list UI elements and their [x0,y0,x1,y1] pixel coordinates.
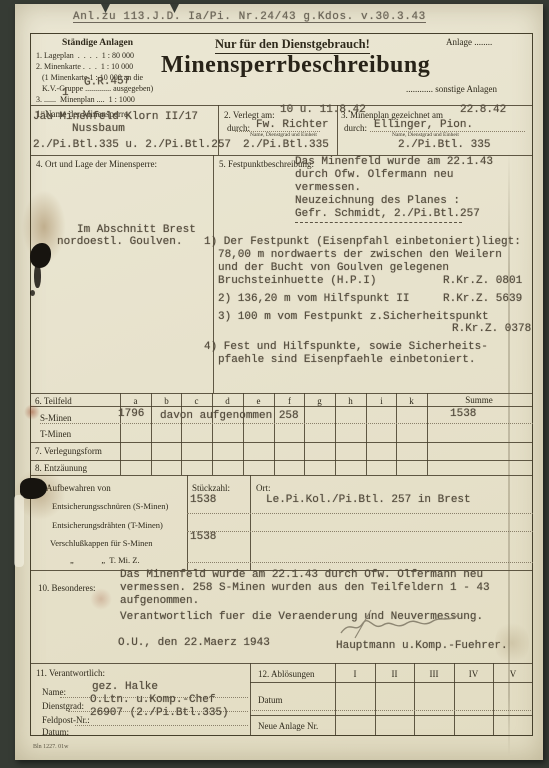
col-c: c [181,396,212,406]
sonstige-anlagen-label: ............ sonstige Anlagen [406,84,497,94]
festpunkt-item-3: 3) 100 m vom Festpunkt z.Sicherheitspunk… [218,311,489,323]
dienstgrad-label: Dienstgrad: [42,701,84,711]
dienstgrad-value: O.Ltn. u.Komp.-Chef [90,694,215,706]
col-summe: Summe [427,395,531,405]
abloesung-col-5: V [493,669,533,679]
anlagen-line-5: 3. ...... Minenplan .... 1 : 1000 [36,95,135,104]
field1-value-1: Jäu Minenfeld Klorn II/17 [33,111,198,123]
paper-edge-tear [14,495,24,567]
section10-paragraph: Das Minenfeld wurde am 22.1.43 durch Ofw… [120,569,490,608]
field2-unit: 2./Pi.Btl.335 [243,139,329,151]
field3-date: 22.8.42 [460,104,506,116]
abloesung-col-3: III [414,669,454,679]
section9-row1-label: Entsicherungsschnüren (S-Minen) [52,501,168,511]
festpunkt-item-2-ref: R.Kr.Z. 5639 [443,293,522,305]
rule-line [427,393,428,475]
stain [24,404,40,420]
ort-value: Le.Pi.Kol./Pi.Btl. 257 in Brest [266,494,471,506]
section4-value-2: nordoestl. Goulven. [57,236,182,248]
anlagen-line-1: 1. Lageplan . . . . 1 : 80 000 [36,51,134,60]
festpunkt-item-1-ref: R.Kr.Z. 0801 [443,275,522,287]
minenplan-count-typed: 1 [62,87,69,99]
signature [333,608,465,640]
abloesung-col-4: IV [454,669,493,679]
dotted-rule [252,710,531,711]
rule-line [250,715,533,716]
field2-name: Fw. Richter [256,119,329,131]
dotted-rule [40,423,533,424]
field3-durch-label: durch: [344,123,367,133]
rule-line [250,682,533,683]
stueckzahl-value-2: 1538 [190,531,216,543]
field3-unit: 2./Pi.Btl. 335 [398,139,490,151]
row-s-minen-label: S-Minen [40,413,72,423]
table-row-label-teilfeld: 6. Teilfeld [35,396,72,406]
col-a: a [120,396,151,406]
field2-sublabel: Name, Dienstgrad und Einheit [250,132,317,138]
col-h: h [335,396,366,406]
dotted-rule [187,513,533,514]
rule-line [250,475,251,570]
rule-line [30,460,533,461]
s-minen-col-a-value: 1796 [118,408,144,420]
name-label: Name: [42,687,66,697]
col-b: b [151,396,182,406]
col-g: g [304,396,335,406]
datum-label: Datum: [42,727,69,737]
name-value: gez. Halke [92,681,158,693]
rule-line [30,406,533,407]
place-date-line: O.U., den 22.Maerz 1943 [118,637,270,649]
stueckzahl-header: Stückzahl: [192,483,230,493]
rule-line [30,475,533,476]
stain [90,588,112,610]
festpunkt-item-3-ref: R.Kr.Z. 0378 [452,323,531,335]
anlage-label: Anlage ........ [446,37,492,47]
paper-crease [508,150,510,756]
rule-line [187,475,188,570]
kv-gruppe-typed: G.R.457 [84,75,131,89]
section5-note: Das Minenfeld wurde am 22.1.43 durch Ofw… [295,156,493,221]
abloesung-datum-label: Datum [258,695,283,705]
field1-unit: 2./Pi.Btl.335 u. 2./Pi.Btl.257 [33,139,231,151]
anlagen-line-2: 2. Minenkarte . . . 1 : 10 000 [36,62,133,71]
dotted-rule [187,562,533,563]
field2-durch-label: durch: [227,123,250,133]
row-verlegungsform-label: 7. Verlegungsform [35,446,102,456]
rule-line [30,393,533,394]
ink-blot-drip [34,264,41,288]
section9-row4-label: „ „ T. Mi. Z. [70,555,140,565]
ink-blot-dot [30,290,35,296]
row-t-minen-label: T-Minen [40,429,71,439]
section9-row3-label: Verschlußkappen für S-Minen [50,538,152,548]
field1-value-2: Nussbaum [72,123,125,135]
staendige-anlagen-title: Ständige Anlagen [62,38,133,48]
stueckzahl-value-1: 1538 [190,494,216,506]
section11-label: 11. Verantwortlich: [36,668,105,678]
note-underline [295,222,462,223]
festpunkt-item-2: 2) 136,20 m vom Hilfspunkt II [218,293,409,305]
section10-label: 10. Besonderes: [38,583,96,593]
col-i: i [366,396,397,406]
col-d: d [212,396,243,406]
field3-name: Ellinger, Pion. [374,119,473,131]
signature-title: Hauptmann u.Komp.-Fuehrer. [336,640,508,652]
neue-anlage-label: Neue Anlage Nr. [258,721,318,731]
abloesung-col-2: II [375,669,414,679]
s-minen-span-note: davon aufgenommen 258 [160,410,299,422]
section4-label: 4. Ort und Lage der Minensperre: [36,159,157,169]
dotted-rule [75,725,248,726]
document: Anl.zu 113.J.D. Ia/Pi. Nr.24/43 g.Kdos. … [0,0,549,768]
rule-line [30,663,533,664]
section9-row2-label: Entsicherungsdrähten (T-Minen) [52,520,163,530]
festpunkt-item-4: 4) Fest und Hilfspunkte, sowie Sicherhei… [204,341,488,367]
ort-header: Ort: [256,483,271,493]
stain [495,620,529,666]
s-minen-summe-value: 1538 [450,408,476,420]
abloesung-col-1: I [335,669,375,679]
section4-value-1: Im Abschnitt Brest [77,224,196,236]
print-code: Bln 1227. 01w [33,744,69,750]
reference-line: Anl.zu 113.J.D. Ia/Pi. Nr.24/43 g.Kdos. … [73,11,426,23]
field3-sublabel: Name, Dienstgrad und Einheit [392,132,459,138]
rule-line [30,442,533,443]
feldpost-value: 26907 (2./Pi.Btl.335) [90,707,229,719]
col-k: k [396,396,427,406]
feldpost-label: Feldpost-Nr.: [42,715,90,725]
section12-label: 12. Ablösungen [258,669,315,679]
col-e: e [243,396,274,406]
page-title: Minensperrbeschreibung [161,52,430,79]
col-f: f [274,396,305,406]
dotted-rule [187,531,533,532]
rule-line [250,663,251,735]
